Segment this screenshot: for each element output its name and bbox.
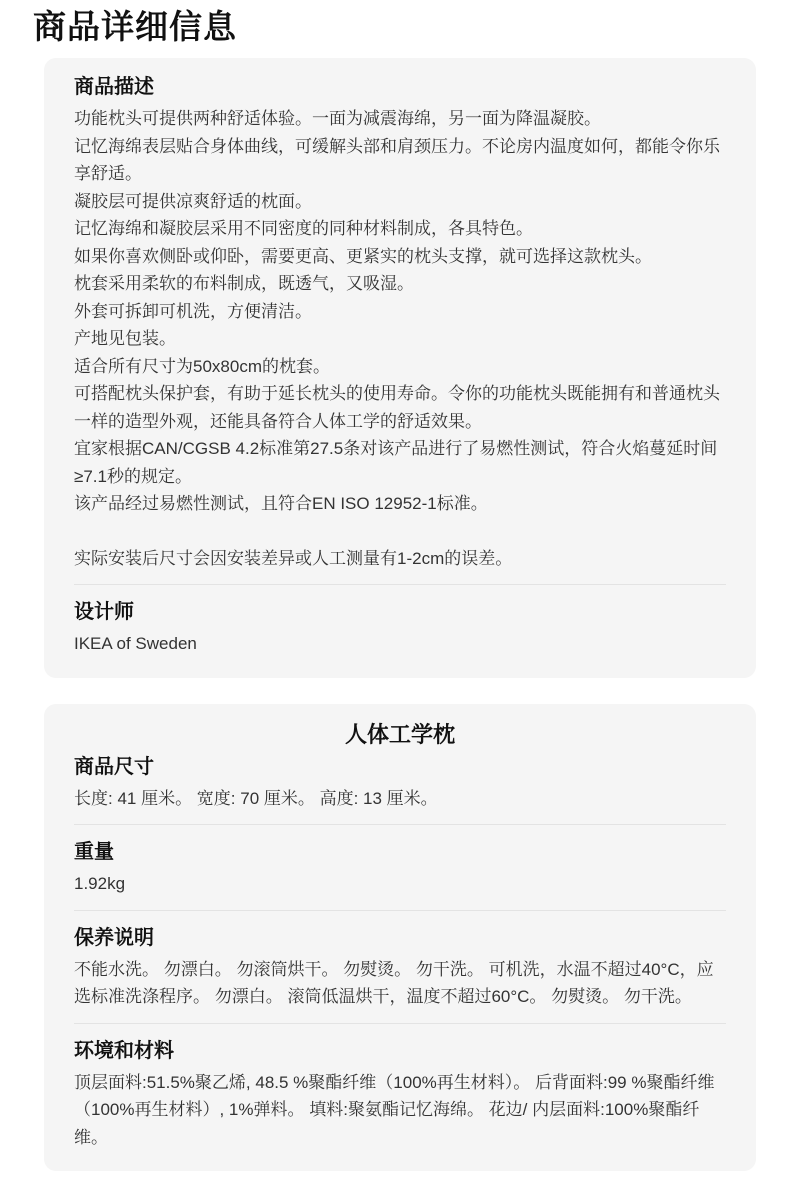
description-paragraph: 记忆海绵表层贴合身体曲线，可缓解头部和肩颈压力。不论房内温度如何，都能令你乐享舒…: [74, 133, 726, 188]
care-instructions: 不能水洗。 勿漂白。 勿滚筒烘干。 勿熨烫。 勿干洗。 可机洗，水温不超过40°…: [74, 956, 726, 1011]
designer-name: IKEA of Sweden: [74, 630, 726, 658]
description-heading: 商品描述: [74, 74, 726, 101]
dimensions-section: 商品尺寸 长度: 41 厘米。 宽度: 70 厘米。 高度: 13 厘米。: [74, 754, 726, 813]
description-card: 商品描述 功能枕头可提供两种舒适体验。一面为减震海绵，另一面为降温凝胶。记忆海绵…: [44, 58, 756, 678]
page-title: 商品详细信息: [0, 0, 800, 58]
description-paragraph: 功能枕头可提供两种舒适体验。一面为减震海绵，另一面为降温凝胶。: [74, 105, 726, 133]
description-paragraph: 适合所有尺寸为50x80cm的枕套。: [74, 353, 726, 381]
description-paragraph: 可搭配枕头保护套，有助于延长枕头的使用寿命。令你的功能枕头既能拥有和普通枕头一样…: [74, 380, 726, 435]
dimensions-value: 长度: 41 厘米。 宽度: 70 厘米。 高度: 13 厘米。: [74, 785, 726, 813]
specs-card: 人体工学枕 商品尺寸 长度: 41 厘米。 宽度: 70 厘米。 高度: 13 …: [44, 704, 756, 1172]
description-paragraph: 产地见包装。: [74, 325, 726, 353]
materials-composition: 顶层面料:51.5%聚乙烯, 48.5 %聚酯纤维（100%再生材料）。 后背面…: [74, 1069, 726, 1152]
weight-heading: 重量: [74, 839, 726, 866]
divider: [74, 910, 726, 911]
weight-value: 1.92kg: [74, 870, 726, 898]
designer-heading: 设计师: [74, 599, 726, 626]
divider: [74, 1023, 726, 1024]
description-paragraph: 凝胶层可提供凉爽舒适的枕面。: [74, 188, 726, 216]
description-paragraph: 枕套采用柔软的布料制成，既透气，又吸湿。: [74, 270, 726, 298]
description-paragraph: 如果你喜欢侧卧或仰卧，需要更高、更紧实的枕头支撑，就可选择这款枕头。: [74, 243, 726, 271]
weight-section: 重量 1.92kg: [74, 839, 726, 898]
tolerance-note: 实际安装后尺寸会因安装差异或人工测量有1-2cm的误差。: [74, 545, 726, 573]
description-paragraph: 宜家根据CAN/CGSB 4.2标准第27.5条对该产品进行了易燃性测试，符合火…: [74, 435, 726, 490]
divider: [74, 584, 726, 585]
description-paragraph: 外套可拆卸可机洗，方便清洁。: [74, 298, 726, 326]
product-detail-page: 商品详细信息 商品描述 功能枕头可提供两种舒适体验。一面为减震海绵，另一面为降温…: [0, 0, 800, 1189]
dimensions-heading: 商品尺寸: [74, 754, 726, 781]
description-paragraphs: 功能枕头可提供两种舒适体验。一面为减震海绵，另一面为降温凝胶。记忆海绵表层贴合身…: [74, 105, 726, 518]
materials-heading: 环境和材料: [74, 1038, 726, 1065]
care-heading: 保养说明: [74, 925, 726, 952]
description-paragraph: 该产品经过易燃性测试，且符合EN ISO 12952-1标准。: [74, 490, 726, 518]
product-name: 人体工学枕: [74, 720, 726, 750]
care-section: 保养说明 不能水洗。 勿漂白。 勿滚筒烘干。 勿熨烫。 勿干洗。 可机洗，水温不…: [74, 925, 726, 1011]
description-paragraph: 记忆海绵和凝胶层采用不同密度的同种材料制成，各具特色。: [74, 215, 726, 243]
materials-section: 环境和材料 顶层面料:51.5%聚乙烯, 48.5 %聚酯纤维（100%再生材料…: [74, 1038, 726, 1152]
divider: [74, 824, 726, 825]
